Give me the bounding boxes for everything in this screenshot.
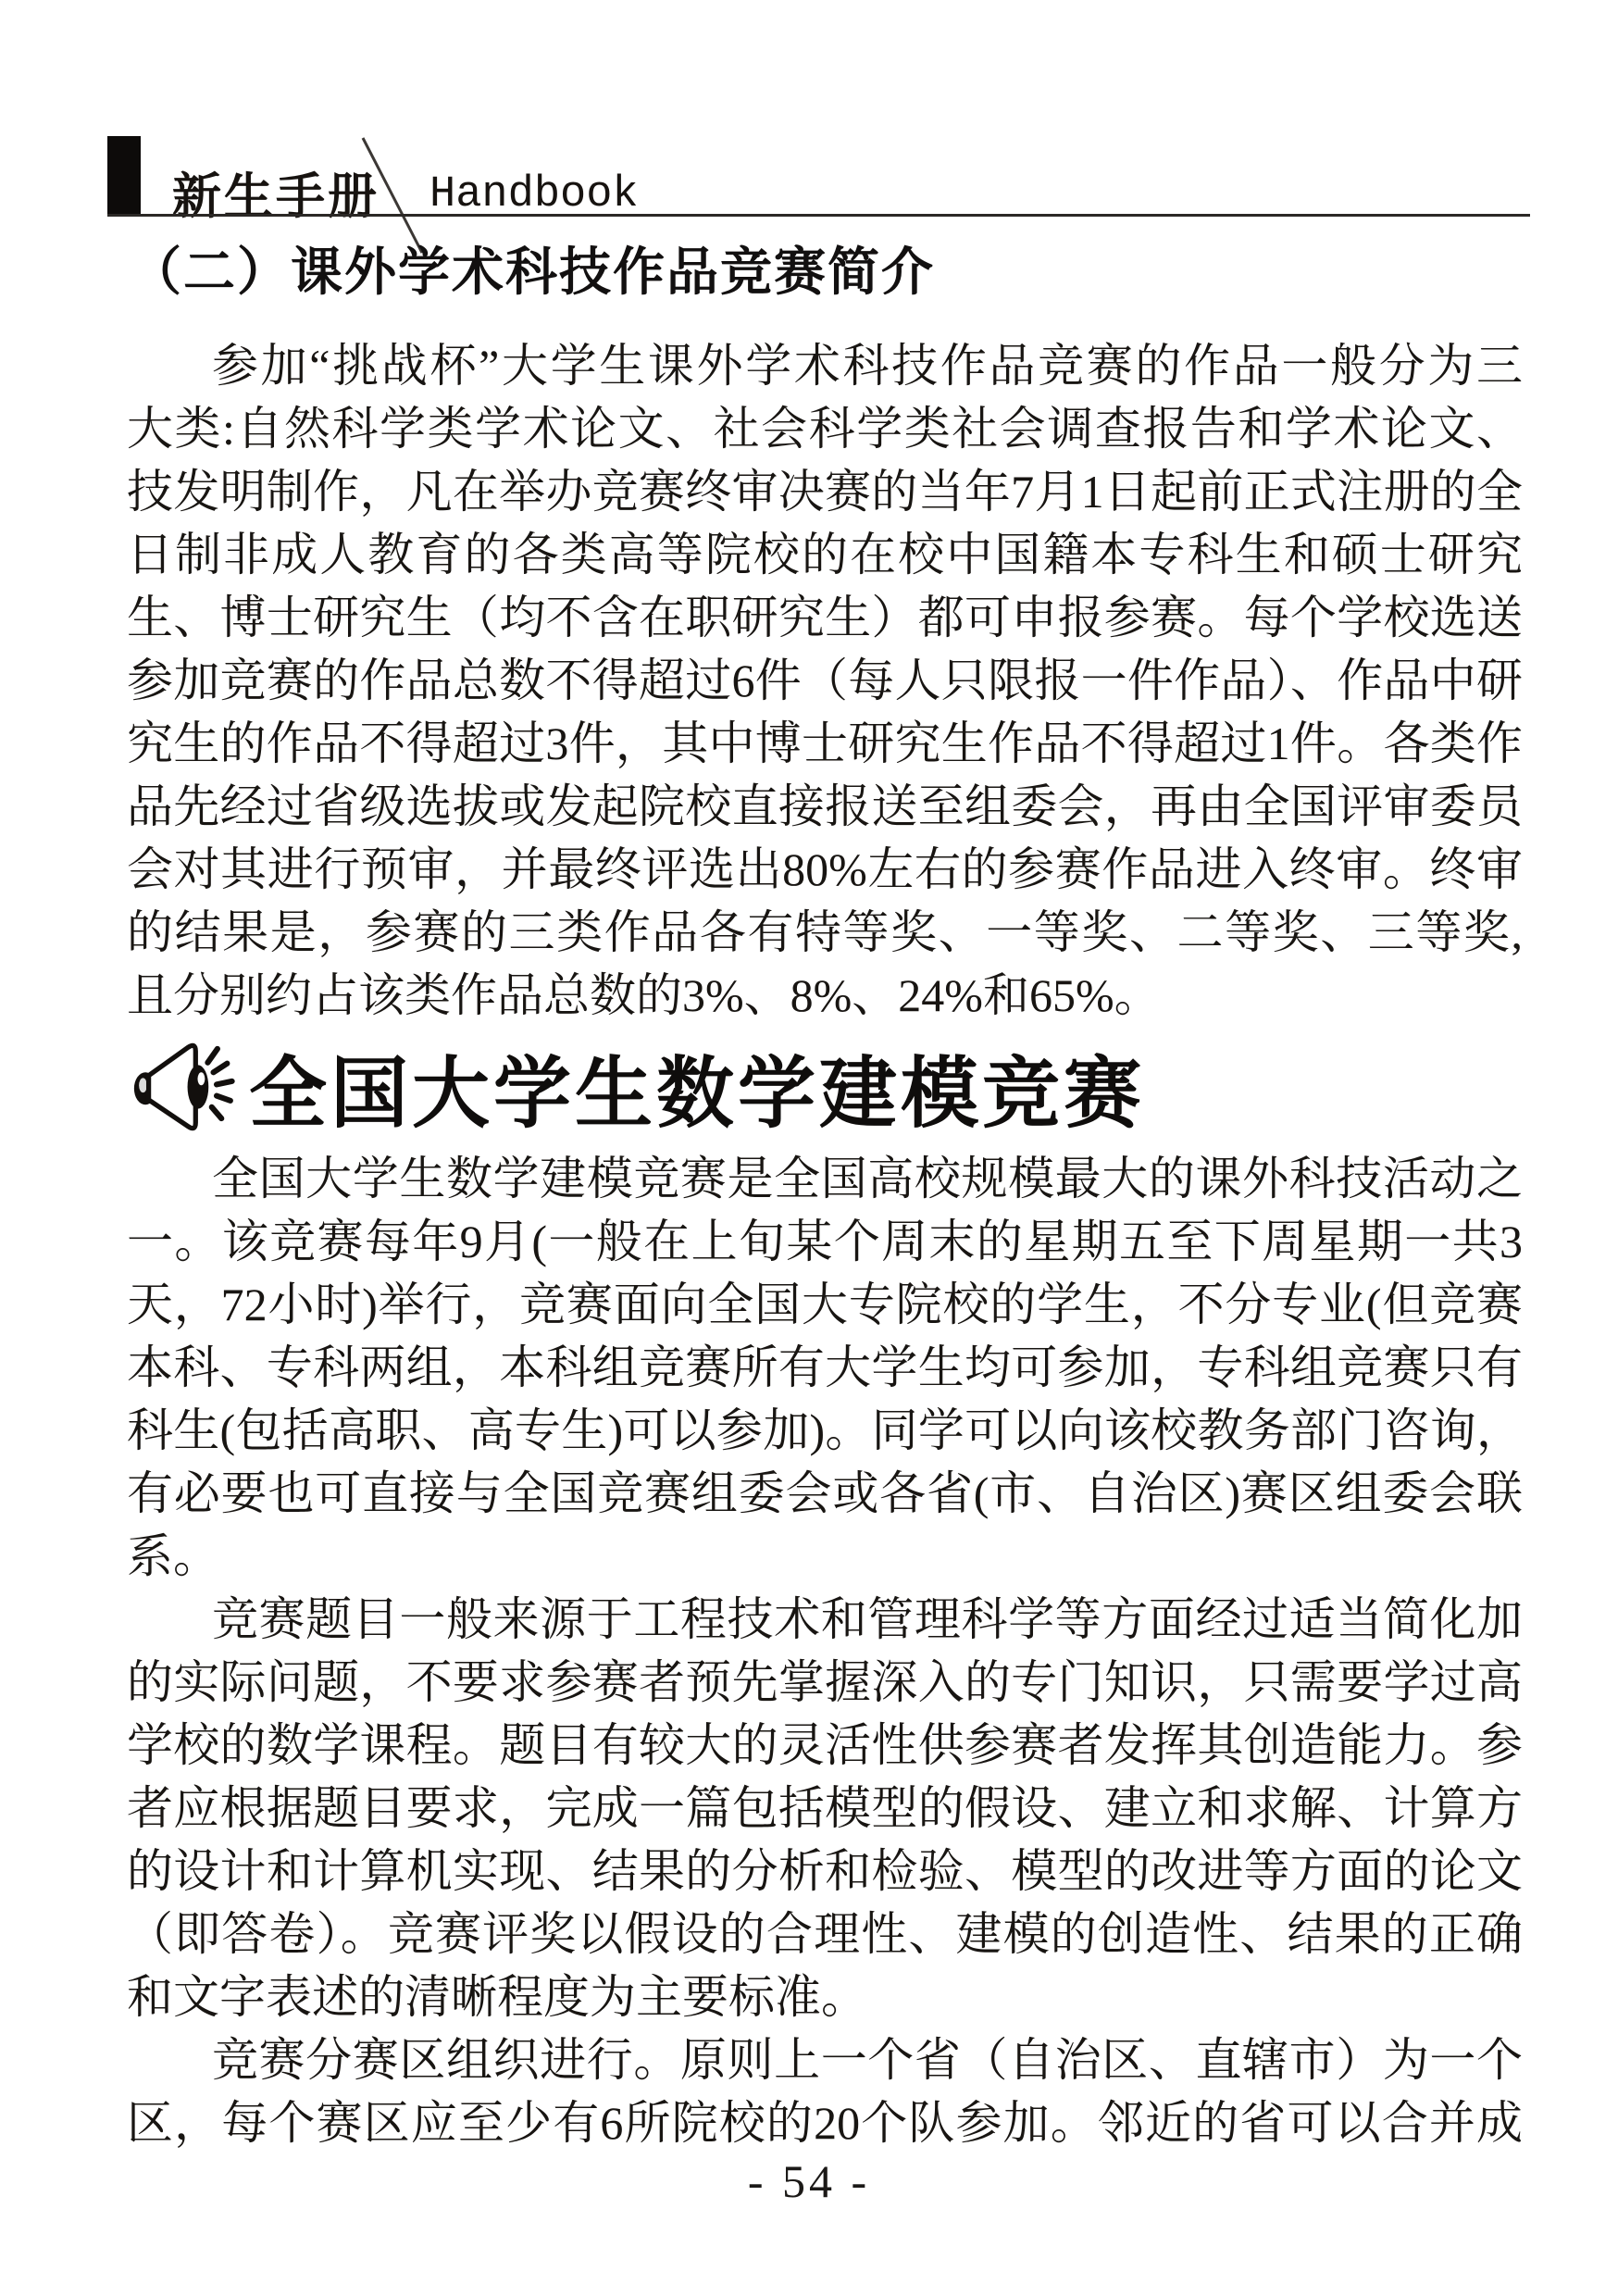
- paragraph-cumcm-regions: 竞赛分赛区组织进行。原则上一个省（自治区、直辖市）为一个赛 区，每个赛区应至少有…: [127, 2028, 1523, 2154]
- text-line: 学校的数学课程。题目有较大的灵活性供参赛者发挥其创造能力。参赛: [127, 1714, 1523, 1777]
- text-line: 究生的作品不得超过3件，其中博士研究生作品不得超过1件。各类作: [127, 712, 1523, 775]
- text-line: 品先经过省级选拔或发起院校直接报送至组委会，再由全国评审委员: [127, 775, 1523, 838]
- text-line: 系。: [127, 1525, 1523, 1588]
- text-line: 一。该竞赛每年9月(一般在上旬某个周末的星期五至下周星期一共3: [127, 1210, 1523, 1273]
- page-content: 参加“挑战杯”大学生课外学术科技作品竞赛的作品一般分为三 大类:自然科学类学术论…: [127, 334, 1523, 2154]
- text-line: 全国大学生数学建模竞赛是全国高校规模最大的课外科技活动之: [127, 1147, 1523, 1210]
- text-line: 且分别约占该类作品总数的3%、8%、24%和65%。: [127, 964, 1523, 1027]
- text-line: 参加竞赛的作品总数不得超过6件（每人只限报一件作品）、作品中研: [127, 649, 1523, 712]
- section1-title: （二）课外学术科技作品竞赛简介: [130, 231, 935, 306]
- text-line: 日制非成人教育的各类高等院校的在校中国籍本专科生和硕士研究: [127, 523, 1523, 586]
- text-line: 的结果是，参赛的三类作品各有特等奖、一等奖、二等奖、三等奖,: [127, 901, 1523, 964]
- text-line: 科生(包括高职、高专生)可以参加)。同学可以向该校教务部门咨询，如: [127, 1399, 1523, 1462]
- text-line: （即答卷）。竞赛评奖以假设的合理性、建模的创造性、结果的正确性: [127, 1903, 1523, 1965]
- text-line: 竞赛分赛区组织进行。原则上一个省（自治区、直辖市）为一个赛: [127, 2028, 1523, 2091]
- text-line: 有必要也可直接与全国竞赛组委会或各省(市、自治区)赛区组委会联: [127, 1462, 1523, 1525]
- text-line: 的设计和计算机实现、结果的分析和检验、模型的改进等方面的论文: [127, 1840, 1523, 1903]
- text-line: 的实际问题，不要求参赛者预先掌握深入的专门知识，只需要学过高等: [127, 1651, 1523, 1714]
- text-line: 技发明制作，凡在举办竞赛终审决赛的当年7月1日起前正式注册的全: [127, 460, 1523, 523]
- text-line: 天，72小时)举行，竞赛面向全国大专院校的学生，不分专业(但竞赛分: [127, 1273, 1523, 1336]
- text-line: 参加“挑战杯”大学生课外学术科技作品竞赛的作品一般分为三: [127, 334, 1523, 397]
- text-line: 生、博士研究生（均不含在职研究生）都可申报参赛。每个学校选送: [127, 586, 1523, 649]
- megaphone-icon: [127, 1032, 236, 1142]
- text-line: 者应根据题目要求，完成一篇包括模型的假设、建立和求解、计算方法: [127, 1777, 1523, 1840]
- paragraph-cumcm-intro: 全国大学生数学建模竞赛是全国高校规模最大的课外科技活动之 一。该竞赛每年9月(一…: [127, 1147, 1523, 1588]
- section2-heading: 全国大学生数学建模竞赛: [127, 1027, 1523, 1147]
- text-line: 竞赛题目一般来源于工程技术和管理科学等方面经过适当简化加工: [127, 1588, 1523, 1651]
- text-line: 本科、专科两组，本科组竞赛所有大学生均可参加，专科组竞赛只有专: [127, 1336, 1523, 1399]
- text-line: 大类:自然科学类学术论文、社会科学类社会调查报告和学术论文、科: [127, 397, 1523, 460]
- handbook-page: 新生手册 Handbook （二）课外学术科技作品竞赛简介 参加“挑战杯”大学生…: [0, 0, 1618, 2296]
- text-line: 会对其进行预审，并最终评选出80%左右的参赛作品进入终审。终审: [127, 838, 1523, 901]
- paragraph-challenge-cup: 参加“挑战杯”大学生课外学术科技作品竞赛的作品一般分为三 大类:自然科学类学术论…: [127, 334, 1523, 1027]
- header-black-bar: [107, 136, 141, 217]
- header-title-cn: 新生手册: [172, 157, 380, 228]
- text-line: 和文字表述的清晰程度为主要标准。: [127, 1965, 1523, 2028]
- header-rule: [107, 214, 1530, 217]
- page-number: - 54 -: [748, 2155, 870, 2207]
- page-footer: - 54 -: [0, 2153, 1618, 2209]
- section2-title: 全国大学生数学建模竞赛: [249, 1031, 1145, 1143]
- paragraph-cumcm-topics: 竞赛题目一般来源于工程技术和管理科学等方面经过适当简化加工 的实际问题，不要求参…: [127, 1588, 1523, 2028]
- header-title-en: Handbook: [429, 170, 639, 219]
- text-line: 区，每个赛区应至少有6所院校的20个队参加。邻近的省可以合并成立: [127, 2091, 1523, 2154]
